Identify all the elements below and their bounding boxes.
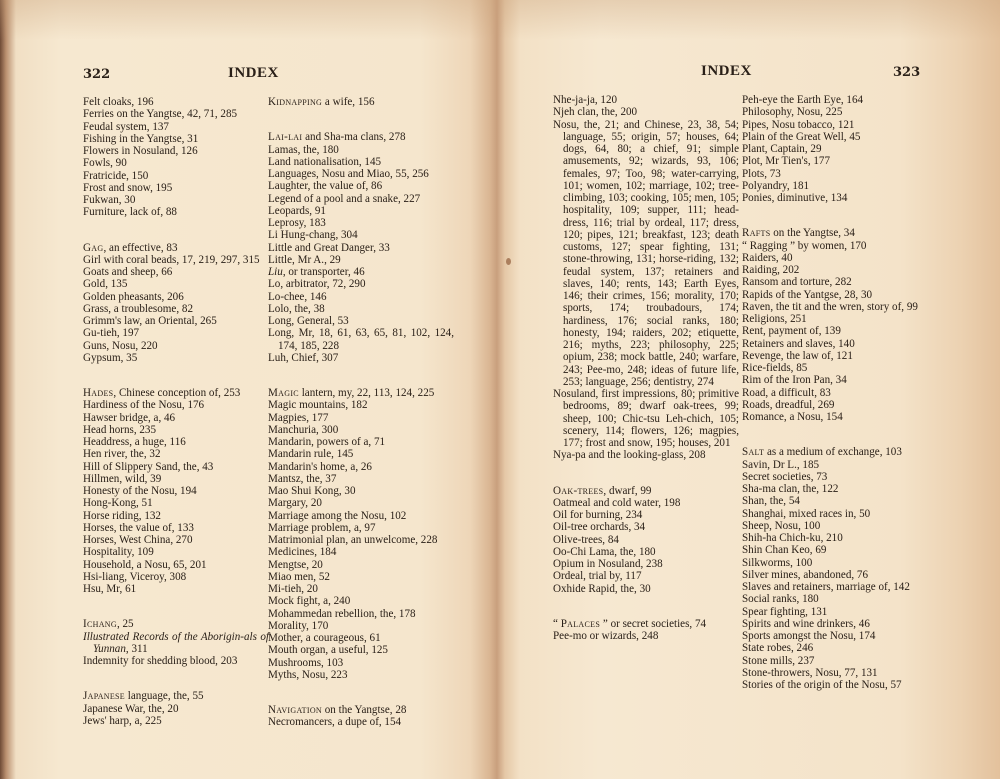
- entry-lead-smallcaps: Palaces: [561, 618, 600, 630]
- page-number: 323: [893, 65, 920, 80]
- entry-text: a wife, 156: [322, 96, 374, 108]
- entry-text: , dwarf, 99: [603, 485, 651, 497]
- entry-text: Flowers in Nosuland, 126: [83, 145, 198, 157]
- index-entry: Salt as a medium of exchange, 103: [742, 446, 928, 458]
- entry-text: lantern, my, 22, 113, 124, 225: [299, 387, 434, 399]
- index-entry: Slaves and retainers, marriage of, 142: [742, 581, 928, 593]
- entry-lead-smallcaps: Oak-trees: [553, 485, 603, 497]
- index-column-2: Kidnapping a wife, 156Lai-lai and Sha-ma…: [268, 96, 454, 752]
- index-entry: Guns, Nosu, 220: [83, 340, 269, 352]
- index-entry: Savin, Dr L., 185: [742, 459, 928, 471]
- index-entry: Roads, dreadful, 269: [742, 399, 928, 411]
- index-entry: Feudal system, 137: [83, 121, 269, 133]
- index-entry: Mengtse, 20: [268, 559, 454, 571]
- entry-italic-title: Liu: [268, 266, 283, 278]
- index-entry: Flowers in Nosuland, 126: [83, 145, 269, 157]
- index-entry: Magpies, 177: [268, 412, 454, 424]
- index-entry: Leopards, 91: [268, 205, 454, 217]
- entry-text: Legend of a pool and a snake, 227: [268, 193, 420, 205]
- entry-lead-smallcaps: Lai-lai: [268, 131, 302, 143]
- entry-text: Fratricide, 150: [83, 170, 148, 182]
- index-entry: Mao Shui Kong, 30: [268, 485, 454, 497]
- index-entry: Plots, 73: [742, 168, 928, 180]
- index-letter-group: Gag, an effective, 83Girl with coral bea…: [83, 242, 269, 365]
- index-entry: Rapids of the Yantgse, 28, 30: [742, 289, 928, 301]
- index-column-4: Peh-eye the Earth Eye, 164Philosophy, No…: [742, 94, 928, 714]
- entry-text: Stone mills, 237: [742, 655, 814, 667]
- index-letter-group: “ Palaces ” or secret societies, 74Pee-m…: [553, 618, 739, 643]
- entry-text: Horses, West China, 270: [83, 534, 193, 546]
- book-spread: 322 INDEX Felt cloaks, 196Ferries on the…: [0, 0, 1000, 779]
- index-entry: Mantsz, the, 37: [268, 473, 454, 485]
- index-entry: Mi-tieh, 20: [268, 583, 454, 595]
- entry-text: Necromancers, a dupe of, 154: [268, 716, 401, 728]
- entry-text: Roads, dreadful, 269: [742, 399, 834, 411]
- index-entry: Hillmen, wild, 39: [83, 473, 269, 485]
- entry-text: Frost and snow, 195: [83, 182, 172, 194]
- entry-text: Oil for burning, 234: [553, 509, 642, 521]
- index-entry: Magic lantern, my, 22, 113, 124, 225: [268, 387, 454, 399]
- index-entry: Nosu, the, 21; and Chinese, 23, 38, 54; …: [553, 119, 739, 389]
- entry-text: Spirits and wine drinkers, 46: [742, 618, 870, 630]
- entry-text: Oatmeal and cold water, 198: [553, 497, 680, 509]
- entry-text: Feudal system, 137: [83, 121, 169, 133]
- entry-text: Nya-pa and the looking-glass, 208: [553, 449, 706, 461]
- index-entry: Mushrooms, 103: [268, 657, 454, 669]
- entry-text: Matrimonial plan, an unwelcome, 228: [268, 534, 437, 546]
- index-entry: Little, Mr A., 29: [268, 254, 454, 266]
- index-letter-group: Peh-eye the Earth Eye, 164Philosophy, No…: [742, 94, 928, 204]
- entry-text: Miao men, 52: [268, 571, 330, 583]
- index-entry: Oak-trees, dwarf, 99: [553, 485, 739, 497]
- index-entry: Lolo, the, 38: [268, 303, 454, 315]
- entry-text: Mouth organ, a useful, 125: [268, 644, 388, 656]
- index-entry: Miao men, 52: [268, 571, 454, 583]
- entry-text: Headdress, a huge, 116: [83, 436, 186, 448]
- index-entry: Luh, Chief, 307: [268, 352, 454, 364]
- entry-text: Li Hung-chang, 304: [268, 229, 358, 241]
- index-entry: Long, Mr, 18, 61, 63, 65, 81, 102, 124, …: [268, 327, 454, 352]
- entry-text: Hen river, the, 32: [83, 448, 161, 460]
- entry-text: Golden pheasants, 206: [83, 291, 184, 303]
- entry-text: Mother, a courageous, 61: [268, 632, 381, 644]
- index-entry: Njeh clan, the, 200: [553, 106, 739, 118]
- index-entry: Pee-mo or wizards, 248: [553, 630, 739, 642]
- entry-text: Ransom and torture, 282: [742, 276, 852, 288]
- index-entry: Plain of the Great Well, 45: [742, 131, 928, 143]
- entry-text: Hill of Slippery Sand, the, 43: [83, 461, 213, 473]
- index-entry: Spirits and wine drinkers, 46: [742, 618, 928, 630]
- index-entry: Sports amongst the Nosu, 174: [742, 630, 928, 642]
- entry-text: Hardiness of the Nosu, 176: [83, 399, 204, 411]
- index-entry: Land nationalisation, 145: [268, 156, 454, 168]
- entry-text: Ordeal, trial by, 117: [553, 570, 642, 582]
- index-entry: Leprosy, 183: [268, 217, 454, 229]
- index-entry: Japanese language, the, 55: [83, 690, 269, 702]
- entry-text: , an effective, 83: [103, 242, 177, 254]
- entry-text: Shin Chan Keo, 69: [742, 544, 826, 556]
- index-letter-group: Japanese language, the, 55Japanese War, …: [83, 690, 269, 727]
- entry-text: and Sha-ma clans, 278: [302, 131, 405, 143]
- entry-text: , 311: [126, 643, 148, 655]
- entry-text: ” or secret societies, 74: [600, 618, 706, 630]
- index-entry: Oil for burning, 234: [553, 509, 739, 521]
- index-entry: Mandarin rule, 145: [268, 448, 454, 460]
- entry-text: Oxhide Rapid, the, 30: [553, 583, 651, 595]
- entry-text: Polyandry, 181: [742, 180, 809, 192]
- entry-text: Plain of the Great Well, 45: [742, 131, 860, 143]
- index-entry: Rafts on the Yangtse, 34: [742, 227, 928, 239]
- entry-text: Opium in Nosuland, 238: [553, 558, 663, 570]
- index-entry: Ponies, diminutive, 134: [742, 192, 928, 204]
- entry-text: Philosophy, Nosu, 225: [742, 106, 842, 118]
- entry-text: Revenge, the law of, 121: [742, 350, 853, 362]
- index-entry: Mouth organ, a useful, 125: [268, 644, 454, 656]
- entry-text: Mohammedan rebellion, the, 178: [268, 608, 416, 620]
- entry-italic-title: Illustrated Records of the Aborigin-als …: [83, 631, 269, 655]
- index-entry: Liu, or transporter, 46: [268, 266, 454, 278]
- index-entry: Ransom and torture, 282: [742, 276, 928, 288]
- entry-text: State robes, 246: [742, 642, 813, 654]
- index-entry: Fukwan, 30: [83, 194, 269, 206]
- entry-lead-smallcaps: Salt: [742, 446, 764, 458]
- index-entry: Shin Chan Keo, 69: [742, 544, 928, 556]
- index-entry: Romance, a Nosu, 154: [742, 411, 928, 423]
- entry-text: Religions, 251: [742, 313, 807, 325]
- index-entry: Indemnity for shedding blood, 203: [83, 655, 269, 667]
- index-letter-group: Kidnapping a wife, 156: [268, 96, 454, 108]
- entry-text: Ponies, diminutive, 134: [742, 192, 847, 204]
- entry-text: Nhe-ja-ja, 120: [553, 94, 617, 106]
- entry-lead-smallcaps: Rafts: [742, 227, 770, 239]
- entry-text: Shanghai, mixed races in, 50: [742, 508, 870, 520]
- entry-text: Magpies, 177: [268, 412, 328, 424]
- entry-text: Japanese War, the, 20: [83, 703, 179, 715]
- entry-text: Grass, a troublesome, 82: [83, 303, 193, 315]
- index-entry: Polyandry, 181: [742, 180, 928, 192]
- index-entry: Oil-tree orchards, 34: [553, 521, 739, 533]
- index-entry: Philosophy, Nosu, 225: [742, 106, 928, 118]
- index-entry: Fowls, 90: [83, 157, 269, 169]
- entry-text: Mandarin rule, 145: [268, 448, 353, 460]
- entry-text: Fowls, 90: [83, 157, 127, 169]
- entry-text: on the Yangtse, 28: [322, 704, 406, 716]
- index-entry: Manchuria, 300: [268, 424, 454, 436]
- index-entry: Languages, Nosu and Miao, 55, 256: [268, 168, 454, 180]
- index-entry: Grass, a troublesome, 82: [83, 303, 269, 315]
- entry-text: Plots, 73: [742, 168, 781, 180]
- index-letter-group: Navigation on the Yangtse, 28Necromancer…: [268, 704, 454, 729]
- entry-text: Indemnity for shedding blood, 203: [83, 655, 237, 667]
- index-entry: Hsu, Mr, 61: [83, 583, 269, 595]
- entry-text: Furniture, lack of, 88: [83, 206, 177, 218]
- index-entry: Revenge, the law of, 121: [742, 350, 928, 362]
- index-entry: Lamas, the, 180: [268, 144, 454, 156]
- index-entry: Head horns, 235: [83, 424, 269, 436]
- running-head: INDEX: [701, 63, 752, 80]
- entry-text: Morality, 170: [268, 620, 328, 632]
- entry-text: Hsu, Mr, 61: [83, 583, 136, 595]
- entry-text: Njeh clan, the, 200: [553, 106, 637, 118]
- entry-text: Leopards, 91: [268, 205, 326, 217]
- entry-text: Household, a Nosu, 65, 201: [83, 559, 207, 571]
- entry-text: Languages, Nosu and Miao, 55, 256: [268, 168, 429, 180]
- index-entry: Navigation on the Yangtse, 28: [268, 704, 454, 716]
- entry-text: Long, General, 53: [268, 315, 349, 327]
- entry-text: Luh, Chief, 307: [268, 352, 338, 364]
- index-entry: Long, General, 53: [268, 315, 454, 327]
- index-entry: Horses, West China, 270: [83, 534, 269, 546]
- index-entry: Spear fighting, 131: [742, 606, 928, 618]
- index-entry: Raiding, 202: [742, 264, 928, 276]
- index-entry: Jews' harp, a, 225: [83, 715, 269, 727]
- index-letter-group: Felt cloaks, 196Ferries on the Yangtse, …: [83, 96, 269, 219]
- entry-text: Slaves and retainers, marriage of, 142: [742, 581, 910, 593]
- entry-lead-smallcaps: Japanese: [83, 690, 125, 702]
- index-entry: Girl with coral beads, 17, 219, 297, 315: [83, 254, 269, 266]
- index-entry: Mother, a courageous, 61: [268, 632, 454, 644]
- index-entry: Raiders, 40: [742, 252, 928, 264]
- page-number: 322: [83, 67, 110, 82]
- entry-text: Nosu, the, 21; and Chinese, 23, 38, 54; …: [553, 119, 739, 388]
- entry-text: , or transporter, 46: [283, 266, 365, 278]
- entry-text: Social ranks, 180: [742, 593, 819, 605]
- index-letter-group: Salt as a medium of exchange, 103Savin, …: [742, 446, 928, 691]
- index-letter-group: Magic lantern, my, 22, 113, 124, 225Magi…: [268, 387, 454, 681]
- entry-text: Raven, the tit and the wren, story of, 9…: [742, 301, 918, 313]
- index-entry: Japanese War, the, 20: [83, 703, 269, 715]
- entry-text: Rent, payment of, 139: [742, 325, 841, 337]
- index-entry: Opium in Nosuland, 238: [553, 558, 739, 570]
- index-entry: Felt cloaks, 196: [83, 96, 269, 108]
- entry-lead-smallcaps: Hades: [83, 387, 113, 399]
- index-entry: Gag, an effective, 83: [83, 242, 269, 254]
- index-entry: Horses, the value of, 133: [83, 522, 269, 534]
- entry-text: language, the, 55: [125, 690, 204, 702]
- index-entry: Hill of Slippery Sand, the, 43: [83, 461, 269, 473]
- entry-text: Myths, Nosu, 223: [268, 669, 348, 681]
- index-letter-group: Hades, Chinese conception of, 253Hardine…: [83, 387, 269, 595]
- index-entry: Mandarin's home, a, 26: [268, 461, 454, 473]
- index-entry: Magic mountains, 182: [268, 399, 454, 411]
- index-entry: Grimm's law, an Oriental, 265: [83, 315, 269, 327]
- index-entry: Shih-ha Chich-ku, 210: [742, 532, 928, 544]
- index-entry: Ferries on the Yangtse, 42, 71, 285: [83, 108, 269, 120]
- index-entry: Oatmeal and cold water, 198: [553, 497, 739, 509]
- entry-text: Ferries on the Yangtse, 42, 71, 285: [83, 108, 237, 120]
- index-letter-group: Rafts on the Yangtse, 34“ Ragging ” by w…: [742, 227, 928, 423]
- index-entry: Illustrated Records of the Aborigin-als …: [83, 631, 269, 656]
- entry-text: Mi-tieh, 20: [268, 583, 318, 595]
- entry-text: Romance, a Nosu, 154: [742, 411, 843, 423]
- index-entry: Gu-tieh, 197: [83, 327, 269, 339]
- entry-text: Mushrooms, 103: [268, 657, 343, 669]
- index-entry: Hong-Kong, 51: [83, 497, 269, 509]
- index-entry: Myths, Nosu, 223: [268, 669, 454, 681]
- entry-text: Plot, Mr Tien's, 177: [742, 155, 830, 167]
- entry-lead-smallcaps: Kidnapping: [268, 96, 322, 108]
- index-entry: Shanghai, mixed races in, 50: [742, 508, 928, 520]
- index-letter-group: Lai-lai and Sha-ma clans, 278Lamas, the,…: [268, 131, 454, 364]
- index-entry: Plant, Captain, 29: [742, 143, 928, 155]
- entry-text: Head horns, 235: [83, 424, 156, 436]
- entry-text: Mengtse, 20: [268, 559, 323, 571]
- index-entry: Li Hung-chang, 304: [268, 229, 454, 241]
- index-entry: Nosuland, first impressions, 80; primiti…: [553, 388, 739, 449]
- entry-text: Pipes, Nosu tobacco, 121: [742, 119, 854, 131]
- entry-quote: “: [553, 618, 561, 630]
- entry-text: Hospitality, 109: [83, 546, 154, 558]
- index-entry: Sha-ma clan, the, 122: [742, 483, 928, 495]
- entry-text: Silkworms, 100: [742, 557, 812, 569]
- index-letter-group: Oak-trees, dwarf, 99Oatmeal and cold wat…: [553, 485, 739, 595]
- index-entry: Furniture, lack of, 88: [83, 206, 269, 218]
- index-entry: Silkworms, 100: [742, 557, 928, 569]
- entry-text: , Chinese conception of, 253: [113, 387, 240, 399]
- index-entry: Ichang, 25: [83, 618, 269, 630]
- entry-text: on the Yangtse, 34: [770, 227, 854, 239]
- entry-text: Retainers and slaves, 140: [742, 338, 855, 350]
- entry-text: Lo, arbitrator, 72, 290: [268, 278, 366, 290]
- index-entry: Rice-fields, 85: [742, 362, 928, 374]
- entry-text: Oo-Chi Lama, the, 180: [553, 546, 656, 558]
- entry-text: Gold, 135: [83, 278, 127, 290]
- entry-text: Secret societies, 73: [742, 471, 827, 483]
- entry-text: Honesty of the Nosu, 194: [83, 485, 197, 497]
- entry-text: Spear fighting, 131: [742, 606, 827, 618]
- index-entry: Hardiness of the Nosu, 176: [83, 399, 269, 411]
- index-entry: Ordeal, trial by, 117: [553, 570, 739, 582]
- index-entry: Mohammedan rebellion, the, 178: [268, 608, 454, 620]
- index-entry: Fishing in the Yangtse, 31: [83, 133, 269, 145]
- entry-text: Lamas, the, 180: [268, 144, 339, 156]
- index-entry: Nhe-ja-ja, 120: [553, 94, 739, 106]
- entry-text: Jews' harp, a, 225: [83, 715, 162, 727]
- index-entry: Sheep, Nosu, 100: [742, 520, 928, 532]
- index-entry: “ Ragging ” by women, 170: [742, 240, 928, 252]
- entry-text: Gu-tieh, 197: [83, 327, 139, 339]
- index-entry: Secret societies, 73: [742, 471, 928, 483]
- index-entry: Marriage problem, a, 97: [268, 522, 454, 534]
- entry-text: Mandarin, powers of a, 71: [268, 436, 385, 448]
- index-entry: Plot, Mr Tien's, 177: [742, 155, 928, 167]
- entry-text: Sha-ma clan, the, 122: [742, 483, 838, 495]
- entry-text: Shan, the, 54: [742, 495, 800, 507]
- index-entry: Fratricide, 150: [83, 170, 269, 182]
- entry-text: Goats and sheep, 66: [83, 266, 172, 278]
- index-entry: Social ranks, 180: [742, 593, 928, 605]
- entry-text: Fishing in the Yangtse, 31: [83, 133, 198, 145]
- entry-text: Olive-trees, 84: [553, 534, 619, 546]
- index-entry: Golden pheasants, 206: [83, 291, 269, 303]
- entry-text: Rice-fields, 85: [742, 362, 807, 374]
- index-entry: Road, a difficult, 83: [742, 387, 928, 399]
- entry-text: Horse riding, 132: [83, 510, 161, 522]
- entry-text: Hong-Kong, 51: [83, 497, 153, 509]
- entry-lead-smallcaps: Magic: [268, 387, 299, 399]
- index-entry: Oxhide Rapid, the, 30: [553, 583, 739, 595]
- index-entry: Honesty of the Nosu, 194: [83, 485, 269, 497]
- entry-text: Mantsz, the, 37: [268, 473, 336, 485]
- index-entry: Olive-trees, 84: [553, 534, 739, 546]
- entry-text: Little, Mr A., 29: [268, 254, 341, 266]
- index-entry: Raven, the tit and the wren, story of, 9…: [742, 301, 928, 313]
- index-entry: Necromancers, a dupe of, 154: [268, 716, 454, 728]
- entry-text: Marriage among the Nosu, 102: [268, 510, 406, 522]
- entry-lead-smallcaps: Ichang: [83, 618, 117, 630]
- entry-text: Guns, Nosu, 220: [83, 340, 158, 352]
- index-entry: Laughter, the value of, 86: [268, 180, 454, 192]
- entry-text: Savin, Dr L., 185: [742, 459, 819, 471]
- index-entry: State robes, 246: [742, 642, 928, 654]
- index-entry: Hen river, the, 32: [83, 448, 269, 460]
- entry-text: Felt cloaks, 196: [83, 96, 154, 108]
- entry-text: Marriage problem, a, 97: [268, 522, 376, 534]
- entry-text: Stone-throwers, Nosu, 77, 131: [742, 667, 878, 679]
- entry-text: “ Ragging ” by women, 170: [742, 240, 866, 252]
- entry-text: Plant, Captain, 29: [742, 143, 822, 155]
- index-column-1: Felt cloaks, 196Ferries on the Yangtse, …: [83, 96, 269, 750]
- entry-text: Sheep, Nosu, 100: [742, 520, 820, 532]
- entry-text: Medicines, 184: [268, 546, 336, 558]
- index-entry: Horse riding, 132: [83, 510, 269, 522]
- entry-text: Rapids of the Yantgse, 28, 30: [742, 289, 872, 301]
- index-entry: Rent, payment of, 139: [742, 325, 928, 337]
- entry-text: Oil-tree orchards, 34: [553, 521, 645, 533]
- index-entry: Margary, 20: [268, 497, 454, 509]
- index-entry: Gold, 135: [83, 278, 269, 290]
- index-entry: Headdress, a huge, 116: [83, 436, 269, 448]
- entry-text: Fukwan, 30: [83, 194, 135, 206]
- entry-text: Margary, 20: [268, 497, 322, 509]
- entry-text: Little and Great Danger, 33: [268, 242, 390, 254]
- entry-text: Grimm's law, an Oriental, 265: [83, 315, 217, 327]
- index-entry: Medicines, 184: [268, 546, 454, 558]
- entry-text: Raiders, 40: [742, 252, 793, 264]
- index-entry: Hawser bridge, a, 46: [83, 412, 269, 424]
- index-entry: Morality, 170: [268, 620, 454, 632]
- index-entry: Nya-pa and the looking-glass, 208: [553, 449, 739, 461]
- index-entry: Religions, 251: [742, 313, 928, 325]
- entry-text: Hawser bridge, a, 46: [83, 412, 175, 424]
- index-entry: Goats and sheep, 66: [83, 266, 269, 278]
- index-entry: Hsi-liang, Viceroy, 308: [83, 571, 269, 583]
- entry-text: Long, Mr, 18, 61, 63, 65, 81, 102, 124, …: [268, 327, 454, 351]
- index-entry: Marriage among the Nosu, 102: [268, 510, 454, 522]
- entry-text: as a medium of exchange, 103: [764, 446, 902, 458]
- index-entry: Little and Great Danger, 33: [268, 242, 454, 254]
- left-page: 322 INDEX Felt cloaks, 196Ferries on the…: [0, 0, 495, 779]
- entry-text: Gypsum, 35: [83, 352, 137, 364]
- entry-text: Hillmen, wild, 39: [83, 473, 161, 485]
- entry-text: Pee-mo or wizards, 248: [553, 630, 658, 642]
- index-entry: Retainers and slaves, 140: [742, 338, 928, 350]
- index-entry: Lai-lai and Sha-ma clans, 278: [268, 131, 454, 143]
- index-entry: Hospitality, 109: [83, 546, 269, 558]
- entry-text: Horses, the value of, 133: [83, 522, 194, 534]
- index-entry: Legend of a pool and a snake, 227: [268, 193, 454, 205]
- index-entry: Kidnapping a wife, 156: [268, 96, 454, 108]
- index-entry: Peh-eye the Earth Eye, 164: [742, 94, 928, 106]
- entry-text: Lolo, the, 38: [268, 303, 325, 315]
- index-letter-group: Nhe-ja-ja, 120Njeh clan, the, 200Nosu, t…: [553, 94, 739, 462]
- entry-text: Sports amongst the Nosu, 174: [742, 630, 875, 642]
- entry-lead-smallcaps: Gag: [83, 242, 103, 254]
- index-entry: Gypsum, 35: [83, 352, 269, 364]
- entry-text: Magic mountains, 182: [268, 399, 368, 411]
- index-entry: Matrimonial plan, an unwelcome, 228: [268, 534, 454, 546]
- entry-text: Manchuria, 300: [268, 424, 338, 436]
